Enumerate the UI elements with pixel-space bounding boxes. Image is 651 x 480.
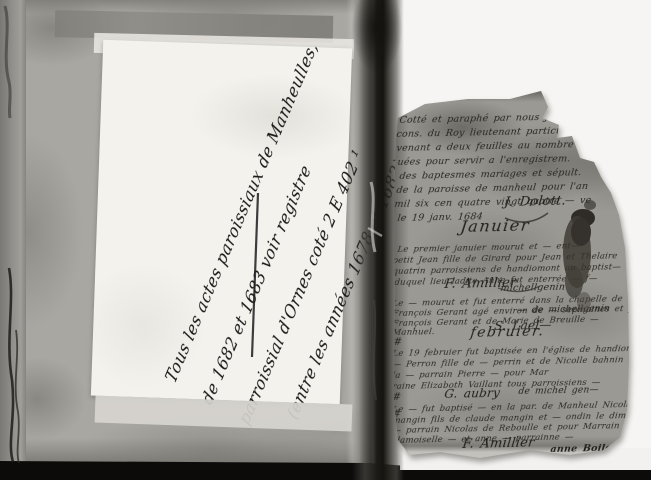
certification-line: cons. du Roy lieutenant particulier — [396, 126, 580, 140]
certification-line: venant a deux feuilles au nombre de — [396, 140, 592, 154]
certification-line: des baptesmes mariages et sépult. — [399, 168, 582, 182]
month-heading-january: Januier — [460, 221, 531, 232]
archival-register-photo: Tous les actes paroissiaux de Manheulles… — [0, 0, 651, 480]
manuscript-page: Cotté et paraphé par nous Jean cons. du … — [393, 90, 641, 462]
witness-signature: michellgenin — [500, 283, 566, 294]
witness-signature: de michel gen— — [518, 385, 599, 397]
certification-line: uées pour servir a l'enregistrem. — [397, 154, 571, 168]
archivist-note: Tous les actes paroissiaux de Manheulles… — [91, 40, 352, 404]
certifier-signature: J. Dolott. — [504, 197, 567, 208]
month-heading-february: februier. — [470, 326, 545, 338]
witness-signature: — de michellgenin — [517, 304, 611, 316]
witness-signature: anne Boileau — [550, 443, 626, 455]
manuscript-page-wrap: Cotté et paraphé par nous Jean cons. du … — [393, 90, 641, 462]
margin-mark: # — [393, 410, 402, 420]
book-spine-top-shadow — [348, 0, 406, 95]
certification-line: Cotté et paraphé par nous Jean — [399, 113, 568, 126]
book-left-edge — [0, 0, 26, 480]
margin-mark: # — [393, 338, 403, 348]
witness-signature: G. aubry — [444, 388, 501, 399]
margin-mark: # — [393, 393, 402, 403]
witness-signature: F. Amillier — [462, 438, 535, 449]
